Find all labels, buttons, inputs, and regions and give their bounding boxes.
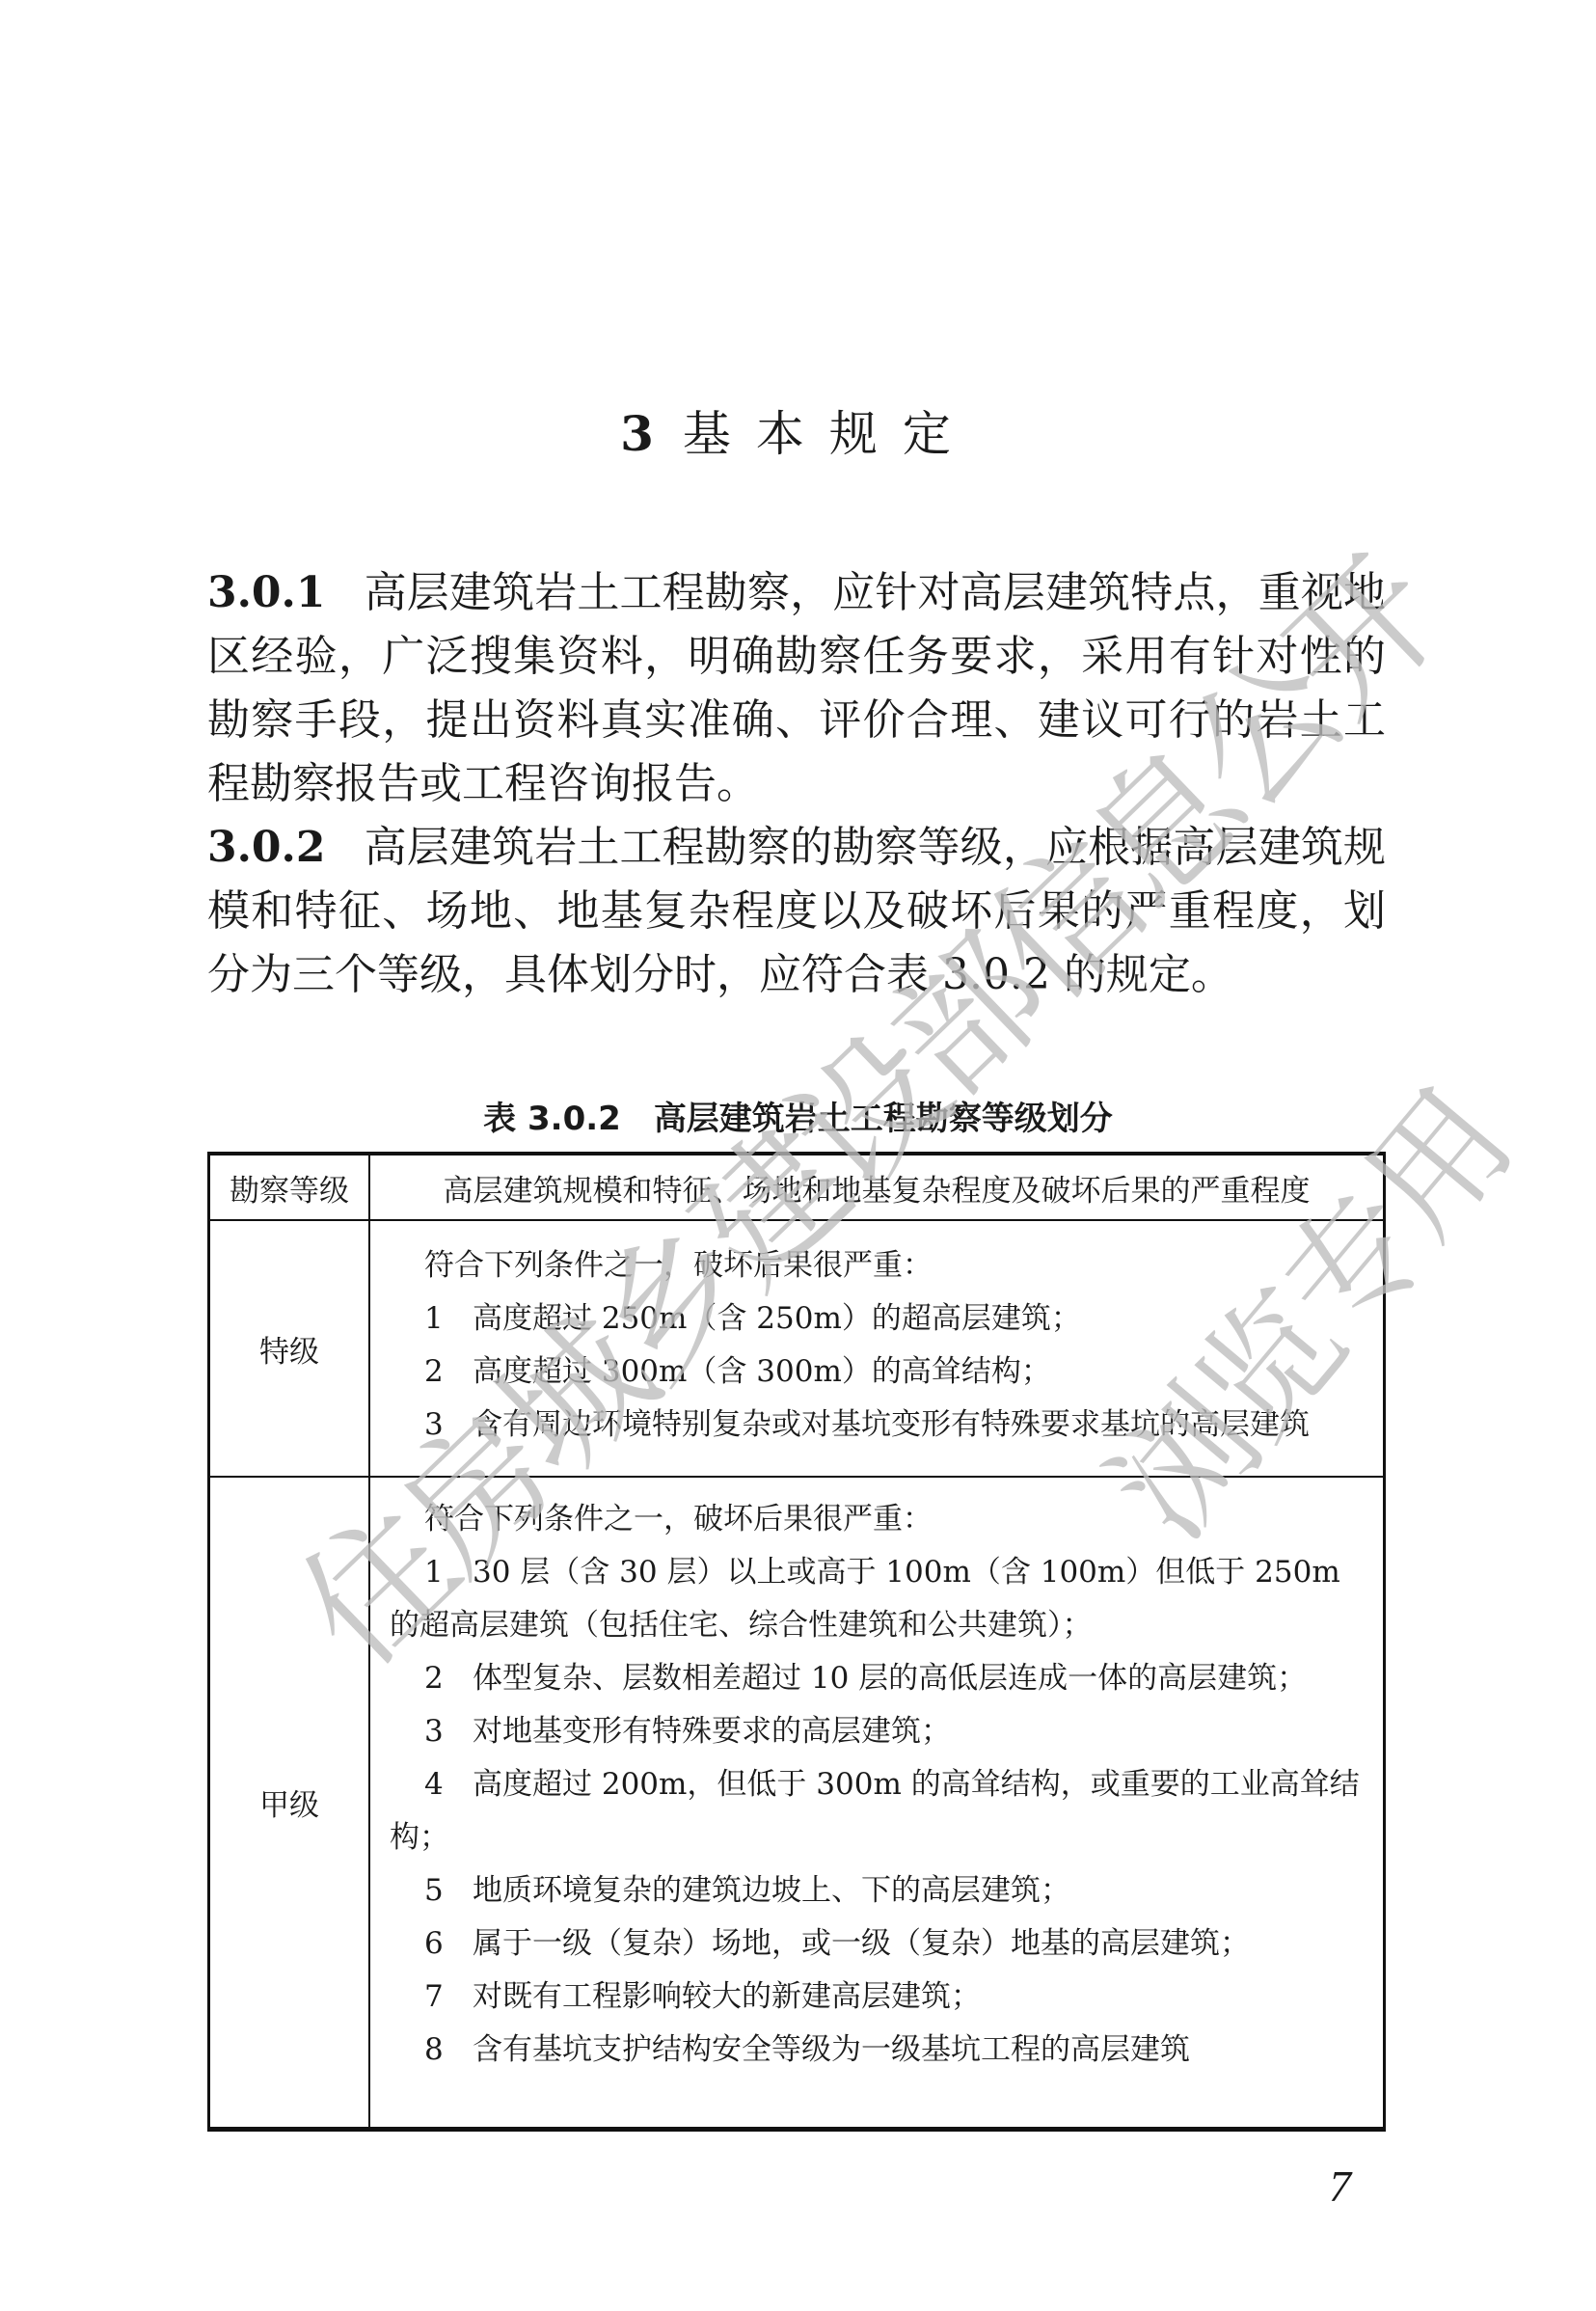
grade-cell: 特级 <box>209 1220 370 1477</box>
chapter-number: 3 <box>620 405 654 462</box>
grade-cell: 甲级 <box>209 1477 370 2129</box>
clause-3-0-1: 3.0.1高层建筑岩土工程勘察，应针对高层建筑特点，重视地区经验，广泛搜集资料，… <box>207 561 1386 816</box>
clause-number: 3.0.2 <box>207 823 325 872</box>
table-row: 特级 符合下列条件之一，破坏后果很严重： 1高度超过 250m（含 250m）的… <box>209 1220 1385 1477</box>
criteria-cell: 符合下列条件之一，破坏后果很严重： 130 层（含 30 层）以上或高于 100… <box>369 1477 1385 2129</box>
clause-text: 高层建筑岩土工程勘察的勘察等级，应根据高层建筑规模和特征、场地、地基复杂程度以及… <box>207 823 1386 999</box>
criteria-item: 7对既有工程影响较大的新建高层建筑； <box>390 1971 1369 2024</box>
clause-number: 3.0.1 <box>207 568 325 617</box>
header-grade: 勘察等级 <box>209 1154 370 1220</box>
table-caption: 表 3.0.2高层建筑岩土工程勘察等级划分 <box>0 1092 1596 1139</box>
chapter-title: 3基本规定 <box>0 403 1596 465</box>
grade-table: 勘察等级 高层建筑规模和特征、场地和地基复杂程度及破坏后果的严重程度 特级 符合… <box>207 1152 1386 2132</box>
clauses: 3.0.1高层建筑岩土工程勘察，应针对高层建筑特点，重视地区经验，广泛搜集资料，… <box>207 561 1386 1007</box>
criteria-item: 3对地基变形有特殊要求的高层建筑； <box>390 1705 1369 1758</box>
table-caption-number: 表 3.0.2 <box>483 1100 621 1138</box>
criteria-item: 1高度超过 250m（含 250m）的超高层建筑； <box>390 1292 1369 1346</box>
criteria-item: 8含有基坑支护结构安全等级为一级基坑工程的高层建筑 <box>390 2024 1369 2077</box>
criteria-item: 5地质环境复杂的建筑边坡上、下的高层建筑； <box>390 1864 1369 1917</box>
criteria-item: 2高度超过 300m（含 300m）的高耸结构； <box>390 1346 1369 1399</box>
criteria-item: 4高度超过 200m，但低于 300m 的高耸结构，或重要的工业高耸结构； <box>390 1758 1369 1864</box>
clause-3-0-2: 3.0.2高层建筑岩土工程勘察的勘察等级，应根据高层建筑规模和特征、场地、地基复… <box>207 816 1386 1007</box>
chapter-title-text: 基本规定 <box>683 406 976 462</box>
page-number: 7 <box>1329 2161 1351 2212</box>
criteria-intro: 符合下列条件之一，破坏后果很严重： <box>390 1239 1369 1292</box>
criteria-item: 130 层（含 30 层）以上或高于 100m（含 100m）但低于 250m … <box>390 1546 1369 1652</box>
table-row: 甲级 符合下列条件之一，破坏后果很严重： 130 层（含 30 层）以上或高于 … <box>209 1477 1385 2129</box>
clause-text: 高层建筑岩土工程勘察，应针对高层建筑特点，重视地区经验，广泛搜集资料，明确勘察任… <box>207 568 1386 808</box>
criteria-intro: 符合下列条件之一，破坏后果很严重： <box>390 1493 1369 1546</box>
table-header-row: 勘察等级 高层建筑规模和特征、场地和地基复杂程度及破坏后果的严重程度 <box>209 1154 1385 1220</box>
criteria-item: 6属于一级（复杂）场地，或一级（复杂）地基的高层建筑； <box>390 1917 1369 1971</box>
header-criteria: 高层建筑规模和特征、场地和地基复杂程度及破坏后果的严重程度 <box>369 1154 1385 1220</box>
table-caption-text: 高层建筑岩土工程勘察等级划分 <box>654 1100 1113 1138</box>
criteria-item: 2体型复杂、层数相差超过 10 层的高低层连成一体的高层建筑； <box>390 1652 1369 1705</box>
criteria-cell: 符合下列条件之一，破坏后果很严重： 1高度超过 250m（含 250m）的超高层… <box>369 1220 1385 1477</box>
criteria-item: 3含有周边环境特别复杂或对基坑变形有特殊要求基坑的高层建筑 <box>390 1399 1369 1452</box>
